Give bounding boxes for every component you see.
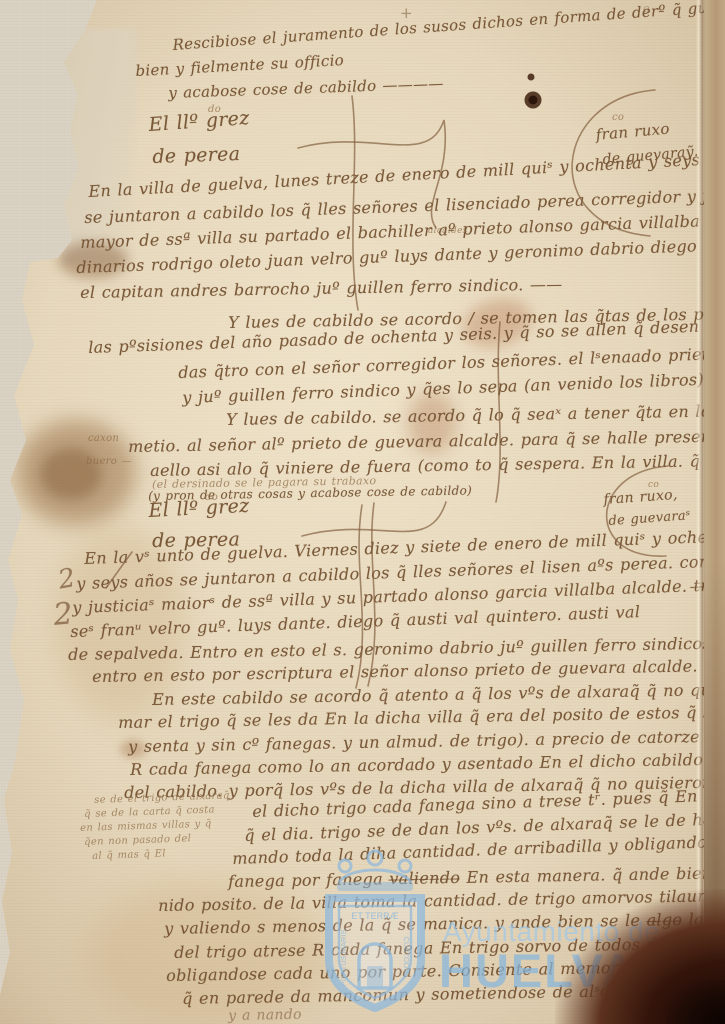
flourish-descender-2 — [496, 322, 500, 502]
ink-blot-small — [528, 74, 535, 81]
flourish-descender-1 — [352, 96, 358, 310]
ink-blot-large-core — [529, 96, 538, 105]
flourish-circle-signature-1 — [572, 90, 655, 236]
flourish-rubric-perea-1 — [298, 120, 445, 228]
flourish-margin-tick — [106, 552, 132, 588]
binding-shadow-corner-dark — [665, 979, 725, 1024]
huelva-coat-of-arms-icon: ET TERRÆ PORTUS MARIS CUSTODIA — [315, 848, 435, 1013]
flourish-descender-3 — [356, 505, 362, 688]
flourish-circle-signature-2 — [607, 466, 668, 556]
shield-motto-left: PORTUS MARIS — [339, 930, 348, 987]
page-fold-edge — [696, 0, 705, 1024]
shield-motto-right: CUSTODIA — [402, 937, 411, 976]
manuscript-paper: +oRescibiose el juramento de los susos d… — [0, 0, 704, 1024]
scanned-manuscript-page: +oRescibiose el juramento de los susos d… — [0, 0, 725, 1024]
shield-motto-top: ET TERRÆ — [351, 911, 398, 921]
